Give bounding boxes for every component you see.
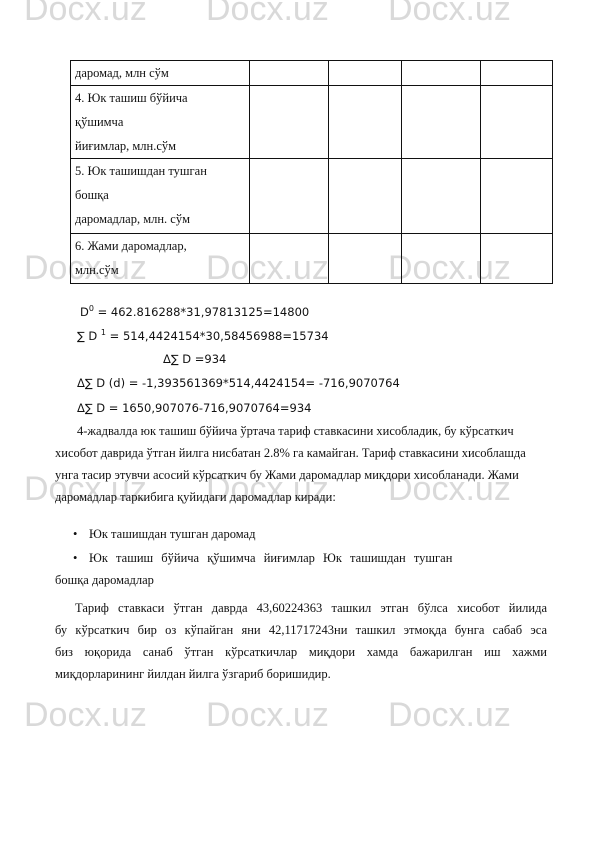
formula-sum-d1: ∑ D 1 = 514,4424154*30,58456988=15734 [77,328,329,343]
row-label-line: млн.сўм [75,258,245,282]
paragraph-line: даромадлар таркибига қуйидаги даромадлар… [55,486,587,508]
value-cell [329,159,402,234]
row-label-line: бошқа [75,183,245,207]
value-cell [402,159,481,234]
value-cell [402,234,481,284]
table-row: 4. Юк ташиш бўйича қўшимча йиғимлар, млн… [71,86,553,159]
paragraph-tariff-rate: Тариф ставкаси ўтган даврда 43,60224363 … [55,597,547,685]
bullet-item: •Юк ташиш бўйича қўшимча йиғимлар Юк таш… [73,551,452,566]
row-label-line: 4. Юк ташиш бўйича [75,86,245,110]
paragraph-line: хисобот даврида ўтган йилга нисбатан 2.8… [55,442,587,464]
value-cell [481,86,553,159]
bullet-icon: • [73,551,89,566]
paragraph-line: унга тасир этувчи асосий кўрсаткич бу Жа… [55,464,587,486]
row-label-cell: даромад, млн сўм [71,61,250,86]
bullet-text: Юк ташиш бўйича қўшимча йиғимлар Юк таши… [89,551,452,565]
row-label-cell: 6. Жами даромадлар, млн.сўм [71,234,250,284]
paragraph-line: 4-жадвалда юк ташиш бўйича ўртача тариф … [55,420,587,442]
formula-delta-sum-d-d: Δ∑ D (d) = -1,393561369*514,4424154= -71… [77,376,400,390]
value-cell [481,159,553,234]
paragraph-line: миқдорларининг йилдан йилга ўзгариб бори… [55,663,547,685]
value-cell [481,61,553,86]
value-cell [329,86,402,159]
revenue-table: даромад, млн сўм 4. Юк ташиш бўйича қўши… [70,60,553,284]
table-row: даромад, млн сўм [71,61,553,86]
value-cell [250,61,329,86]
bullet-text: Юк ташишдан тушган даромад [89,527,255,541]
bullet-continuation: бошқа даромадлар [55,573,154,588]
bullet-item: •Юк ташишдан тушган даромад [73,527,255,542]
paragraph-line: Тариф ставкаси ўтган даврда 43,60224363 … [55,597,547,619]
formula-delta-sum-d-total: Δ∑ D = 1650,907076-716,9070764=934 [77,401,311,415]
row-label-line: даромадлар, млн. сўм [75,207,245,231]
table-row: 5. Юк ташишдан тушган бошқа даромадлар, … [71,159,553,234]
value-cell [402,86,481,159]
row-label-line: қўшимча [75,110,245,134]
value-cell [250,159,329,234]
bullet-icon: • [73,527,89,542]
value-cell [250,234,329,284]
table-row: 6. Жами даромадлар, млн.сўм [71,234,553,284]
value-cell [481,234,553,284]
row-label-line: 5. Юк ташишдан тушган [75,159,245,183]
paragraph-line: биз юқорида санаб ўтган кўрсаткичлар миқ… [55,641,547,663]
paragraph-line: бу кўрсаткич бир оз кўпайган яни 42,1171… [55,619,547,641]
paragraph-tariff-analysis: 4-жадвалда юк ташиш бўйича ўртача тариф … [55,420,587,508]
row-label-cell: 4. Юк ташиш бўйича қўшимча йиғимлар, млн… [71,86,250,159]
formula-delta-sum-d: Δ∑ D =934 [163,352,226,366]
row-label-line: йиғимлар, млн.сўм [75,134,245,158]
value-cell [250,86,329,159]
row-label-line: 6. Жами даромадлар, [75,234,245,258]
value-cell [329,61,402,86]
document-page: даромад, млн сўм 4. Юк ташиш бўйича қўши… [0,0,595,842]
value-cell [402,61,481,86]
formula-d0: D0 = 462.816288*31,97813125=14800 [80,304,309,319]
row-label-line: даромад, млн сўм [75,61,245,85]
value-cell [329,234,402,284]
row-label-cell: 5. Юк ташишдан тушган бошқа даромадлар, … [71,159,250,234]
